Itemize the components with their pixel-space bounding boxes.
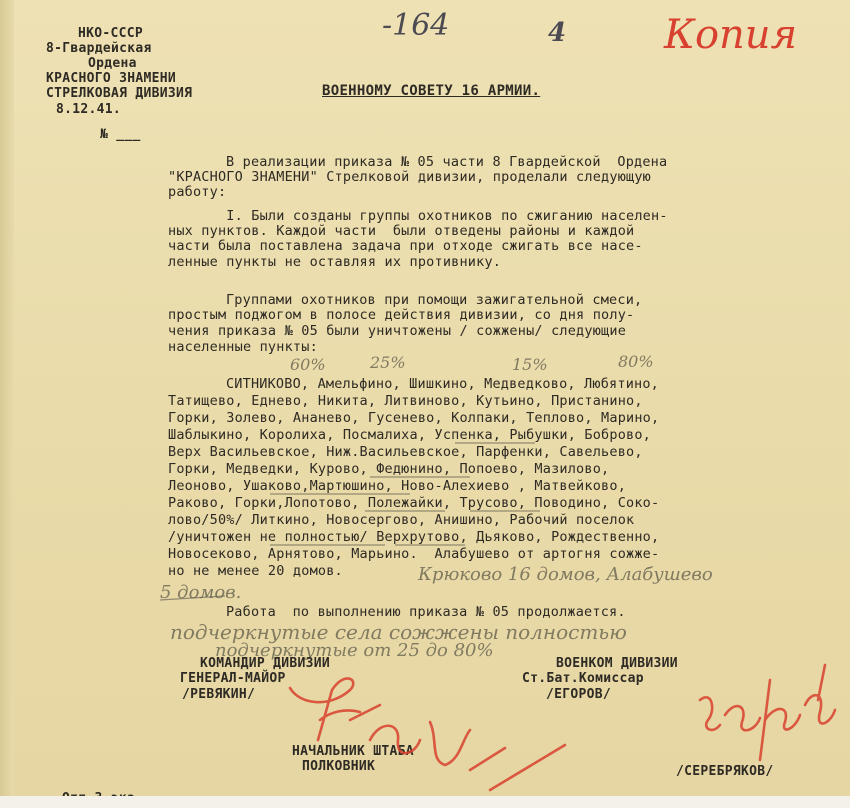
body-line: работу: — [168, 185, 226, 200]
issuer-line-1: НКО-СССР — [78, 27, 143, 42]
body-line: простым поджогом в полосе действия дивиз… — [168, 308, 634, 323]
document-page: НКО-СССР 8-Гвардейская Ордена КРАСНОГО З… — [0, 0, 850, 796]
village-line: СИТНИКОВО, Амельфино, Шишкино, Медведков… — [176, 377, 659, 392]
pencil-percent-2: 25% — [370, 353, 406, 372]
village-line: Татищево, Еднево, Никита, Литвиново, Кут… — [168, 394, 643, 409]
chief-of-staff-name: /СЕРЕБРЯКОВ/ — [676, 765, 774, 780]
body-line: I. Были созданы группы охотников по сжиг… — [168, 209, 668, 224]
village-line: лово/50%/ Литкино, Новосергово, Анишино,… — [168, 513, 634, 528]
body-line: населенные пункты: — [168, 340, 318, 355]
page-bottom-edge — [0, 796, 850, 808]
commissar-rank: Ст.Бат.Комиссар — [522, 672, 644, 687]
pencil-note-added-villages: Крюково 16 домов, Алабушево — [418, 564, 713, 585]
body-line: ных пунктов. Каждой части были отведены … — [168, 224, 634, 239]
chief-of-staff-title: НАЧАЛЬНИК ШТАБА — [292, 745, 414, 760]
village-line: Раково, Горки,Лопотово, Полежайки, Трусо… — [168, 496, 659, 511]
closing-line: Работа по выполнению приказа № 05 продол… — [176, 605, 626, 620]
addressee: ВОЕННОМУ СОВЕТУ 16 АРМИИ. — [322, 84, 540, 99]
body-line: В реализации приказа № 05 части 8 Гварде… — [176, 155, 667, 170]
body-line: ленные пункты не оставляя их противнику. — [168, 255, 501, 270]
pencil-percent-3: 15% — [512, 355, 548, 374]
issuer-line-3: Ордена — [88, 57, 137, 72]
pencil-note-added-villages-2: 5 домов. — [160, 582, 241, 603]
village-line: Шаблыкино, Королиха, Посмалиха, Успенка,… — [168, 428, 651, 443]
village-line: но не менее 20 домов. — [168, 564, 343, 579]
body-line: чения приказа № 05 были уничтожены / сож… — [168, 324, 626, 339]
commissar-title: ВОЕНКОМ ДИВИЗИИ — [556, 657, 678, 672]
commissar-name: /ЕГОРОВ/ — [546, 688, 611, 703]
document-date: 8.12.41. — [56, 103, 121, 118]
village-line: Горки, Медведки, Курово, Федюнино, Попое… — [168, 462, 609, 477]
body-line: части была поставлена задача при отходе … — [168, 239, 643, 254]
body-line: Группами охотников при помощи зажигатель… — [176, 293, 642, 308]
chief-of-staff-rank: ПОЛКОВНИК — [302, 760, 375, 775]
body-line: "КРАСНОГО ЗНАМЕНИ" Стрелковой дивизии, п… — [168, 170, 651, 185]
village-line: /уничтожен не полностью/ Верхрутово, Дья… — [168, 530, 659, 545]
issuer-line-4: КРАСНОГО ЗНАМЕНИ — [46, 72, 176, 87]
village-line: Горки, Золево, Ананево, Гусенево, Колпак… — [168, 411, 659, 426]
commander-rank: ГЕНЕРАЛ-МАЙОР — [180, 672, 286, 687]
issuer-line-2: 8-Гвардейская — [46, 42, 152, 57]
handwritten-sheet-number: 4 — [548, 18, 566, 48]
village-line: Верх Васильевское, Ниж.Васильевское, Пар… — [168, 445, 643, 460]
pencil-percent-1: 60% — [290, 355, 326, 374]
document-number-label: № ___ — [100, 128, 141, 143]
pencil-percent-4: 80% — [618, 352, 654, 371]
issuer-line-5: СТРЕЛКОВАЯ ДИВИЗИЯ — [46, 87, 192, 102]
copy-mark: Копия — [664, 12, 797, 58]
commander-title: КОМАНДИР ДИВИЗИИ — [200, 657, 330, 672]
village-line: Леоново, Ушаково,Мартюшино, Ново-Алехиев… — [168, 479, 626, 494]
commander-name: /РЕВЯКИН/ — [182, 688, 255, 703]
handwritten-registration-number: -164 — [382, 8, 449, 43]
village-line: Новосеково, Арнятово, Марьино. Алабушево… — [168, 547, 659, 562]
